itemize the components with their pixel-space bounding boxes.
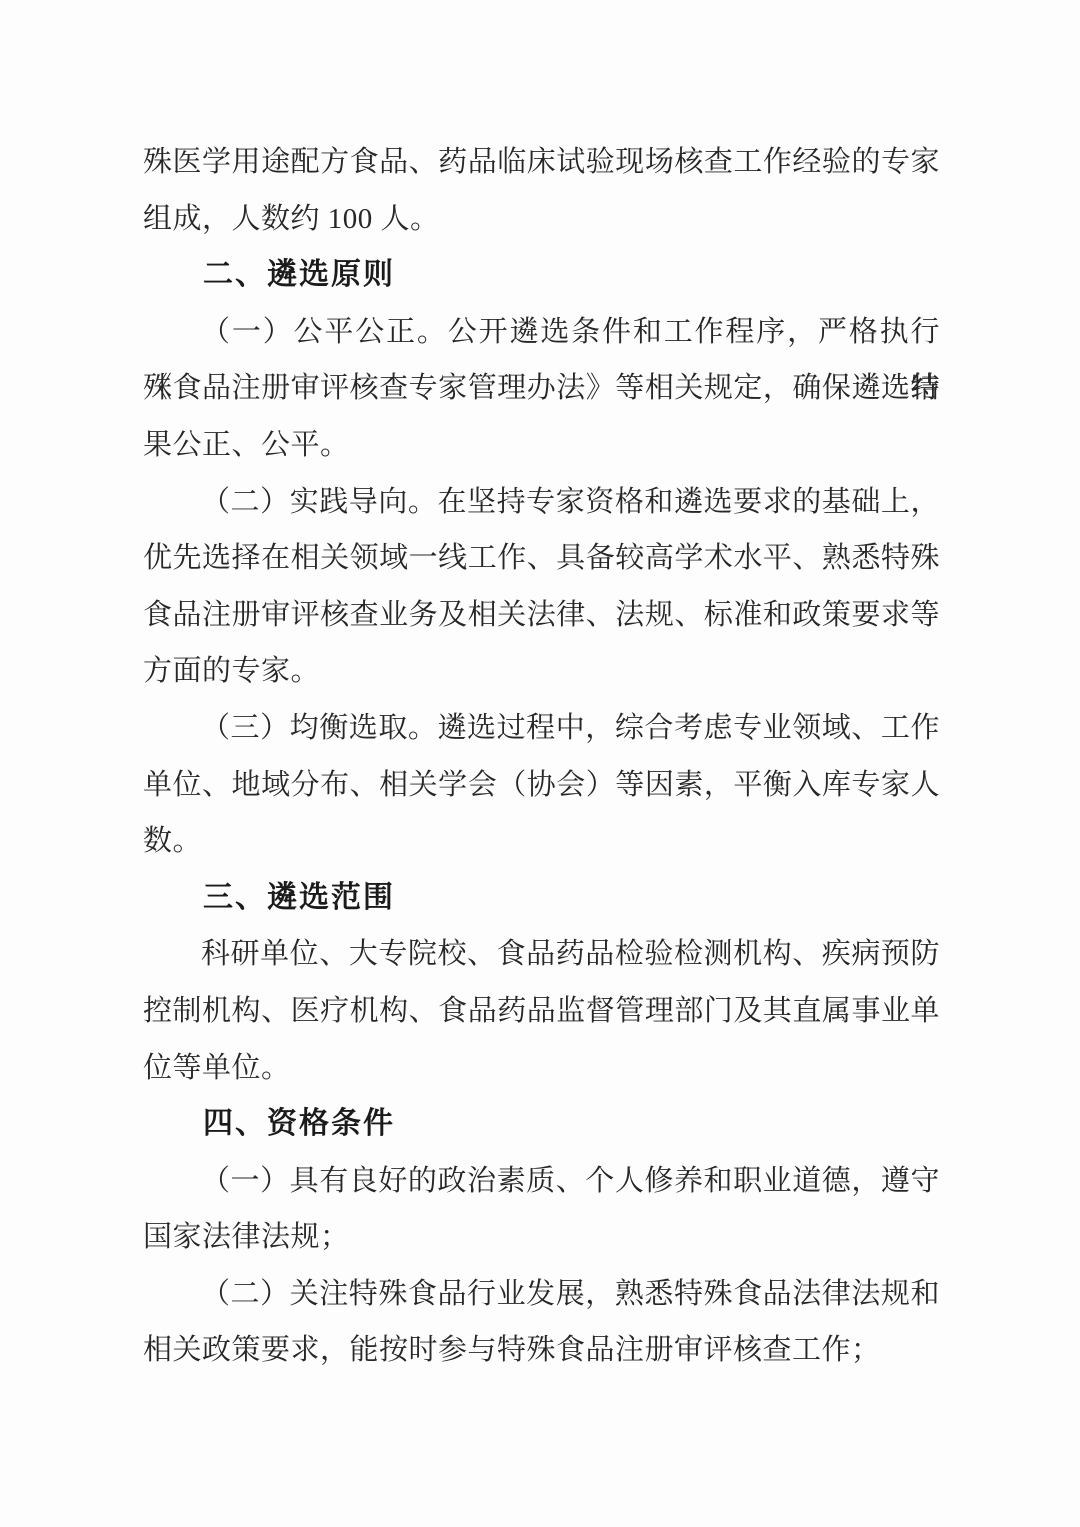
body-line: 优先选择在相关领域一线工作、具备较高学术水平、熟悉特殊 — [143, 530, 940, 587]
body-line: 国家法律法规； — [143, 1209, 940, 1266]
section-heading-2: 二、遴选原则 — [143, 247, 940, 304]
body-line: 方面的专家。 — [143, 643, 940, 700]
body-line: （三）均衡选取。遴选过程中，综合考虑专业领域、工作 — [143, 700, 940, 757]
body-line: （二）关注特殊食品行业发展，熟悉特殊食品法律法规和 — [143, 1266, 940, 1323]
body-line: 数。 — [143, 813, 940, 870]
body-line: 果公正、公平。 — [143, 417, 940, 474]
body-line: 单位、地域分布、相关学会（协会）等因素，平衡入库专家人 — [143, 757, 940, 814]
body-line: 殊医学用途配方食品、药品临床试验现场核查工作经验的专家 — [143, 134, 940, 191]
body-line: 食品注册审评核查业务及相关法律、法规、标准和政策要求等 — [143, 587, 940, 644]
body-line: （一）公平公正。公开遴选条件和工作程序，严格执行《特 — [143, 304, 940, 361]
body-line: （一）具有良好的政治素质、个人修养和职业道德，遵守 — [143, 1153, 940, 1210]
body-line: 组成，人数约 100 人。 — [143, 191, 940, 248]
body-line: （二）实践导向。在坚持专家资格和遴选要求的基础上， — [143, 474, 940, 531]
body-line: 位等单位。 — [143, 1040, 940, 1097]
body-line: 控制机构、医疗机构、食品药品监督管理部门及其直属事业单 — [143, 983, 940, 1040]
document-page: 殊医学用途配方食品、药品临床试验现场核查工作经验的专家 组成，人数约 100 人… — [0, 0, 1080, 1527]
section-heading-4: 四、资格条件 — [143, 1096, 940, 1153]
body-line: 相关政策要求，能按时参与特殊食品注册审评核查工作； — [143, 1322, 940, 1379]
body-line: 殊食品注册审评核查专家管理办法》等相关规定，确保遴选结 — [143, 360, 940, 417]
section-heading-3: 三、遴选范围 — [143, 870, 940, 927]
body-line: 科研单位、大专院校、食品药品检验检测机构、疾病预防 — [143, 926, 940, 983]
